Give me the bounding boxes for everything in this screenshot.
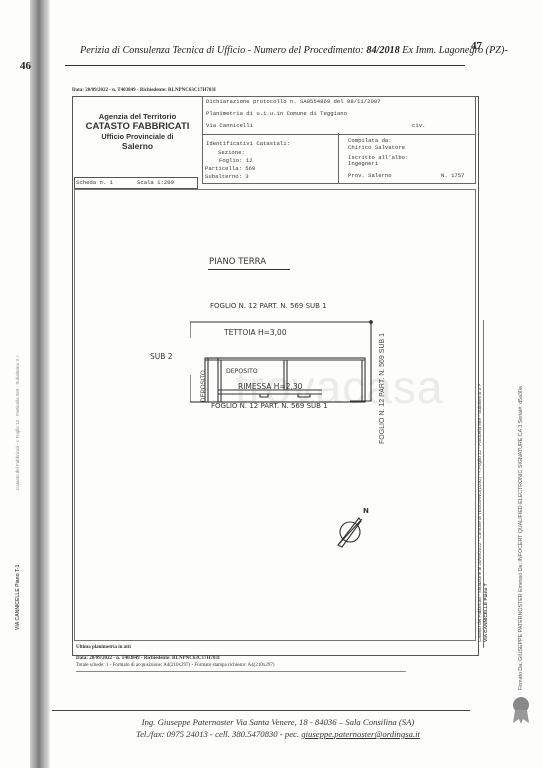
agency-line1: Agenzia del Territorio	[85, 112, 190, 121]
compilata-name: Chirico Salvatore	[348, 144, 405, 151]
footer-line1: Ing. Giuseppe Paternoster Via Santa Vene…	[118, 716, 438, 728]
right-stamp-rule	[483, 320, 484, 648]
albo-value: Ingegneri	[348, 160, 378, 167]
top-boundary-label: FOGLIO N. 12 PART. N. 569 SUB 1	[210, 302, 327, 310]
sub2-label: SUB 2	[150, 352, 173, 361]
header-rule	[65, 65, 465, 66]
foglio: Foglio: 12	[219, 157, 253, 164]
agency-line2: CATASTO FABBRICATI	[85, 121, 190, 132]
bottom-stamp-format: Totale schede: 1 - Formato di acquisizio…	[76, 663, 275, 668]
scan-binding-shadow	[30, 0, 46, 768]
floor-title-underline	[208, 269, 290, 270]
room-deposito: DEPOSITO	[226, 368, 258, 375]
compilata-label: Compilata da:	[348, 137, 392, 144]
subalterno: Subalterno: 3	[205, 173, 249, 180]
procedure-number: 84/2018	[366, 45, 399, 56]
room-tettoia: TETTOIA H=3,00	[224, 328, 287, 337]
digital-signature-text: Firmato Da: GIUSEPPE PATERNOSTER Emesso …	[518, 386, 524, 690]
right-address-stamp: VIA CANNICELLE Piano T	[484, 583, 489, 642]
bottom-stamp-date: Data: 20/09/2022 - n. T403849 - Richiede…	[76, 656, 220, 661]
header-prefix: Perizia di Consulenza Tecnica di Ufficio…	[80, 45, 366, 56]
identifiers-divider	[338, 133, 339, 183]
footer-line2: Tel./fax: 0975 24013 - cell. 380.5470830…	[118, 728, 438, 740]
bottom-boundary-label: FOGLIO N. 12 PART. N. 569 SUB 1	[211, 402, 328, 410]
scan-binding-edge	[46, 0, 50, 768]
room-deposito-left: DEPOSITO	[200, 370, 207, 402]
footer: Ing. Giuseppe Paternoster Via Santa Vene…	[118, 716, 438, 740]
agency-block: Agenzia del Territorio CATASTO FABBRICAT…	[85, 102, 190, 151]
floor-title: PIANO TERRA	[209, 257, 266, 267]
particella: Particella: 569	[205, 165, 255, 172]
province: Prov. Salerno	[348, 172, 392, 179]
albo-number: N. 1757	[441, 172, 465, 179]
drawing-frame	[74, 189, 476, 641]
catasto-top-stamp: Data: 20/09/2022 - n. T403849 - Richiede…	[72, 88, 216, 93]
header-suffix: Ex Imm. Lagonegro (PZ)-	[400, 45, 508, 56]
left-faded-stamp: Catasto dei Fabbricati - < Foglio 12 - P…	[15, 355, 20, 490]
signature-seal-icon	[510, 695, 532, 725]
declaration-text: Dichiarazione protocollo n. SA0554869 de…	[206, 98, 381, 105]
document-header: Perizia di Consulenza Tecnica di Ufficio…	[80, 45, 470, 56]
right-catasto-stamp: Catasto dei Fabbricati - Situazione al 2…	[477, 384, 482, 642]
left-page-number: 46	[20, 60, 31, 72]
identifiers-title: Identificativi Catastali:	[206, 140, 290, 147]
north-label: N	[363, 507, 369, 515]
last-planimetry-label: Ultima planimetria in atti	[76, 645, 131, 650]
footer-rule	[52, 710, 470, 711]
right-boundary-label: FOGLIO N. 12 PART. N. 569 SUB 1	[379, 333, 386, 444]
floor-plan	[190, 310, 390, 410]
footer-contacts: Tel./fax: 0975 24013 - cell. 380.5470830…	[136, 729, 301, 739]
civ-label: civ.	[412, 122, 425, 129]
sezione: Sezione:	[218, 149, 245, 156]
planimetry-text: Planimetria di u.i.u.in Comune di Teggia…	[206, 110, 347, 117]
footer-email-link[interactable]: giuseppe.paternoster@ordingsa.it	[301, 729, 420, 739]
bottom-stamp-rule	[76, 671, 406, 672]
agency-line4: Salerno	[85, 141, 190, 151]
left-address-stamp: VIA CANNICELLE Piano T-1	[15, 565, 21, 630]
agency-line3: Ufficio Provinciale di	[85, 132, 190, 141]
room-rimessa: RIMESSA H=2,30	[238, 382, 302, 391]
scheda-number: Scheda n. 1	[76, 179, 113, 186]
scale: Scala 1:200	[137, 179, 174, 186]
address-text: Via Cannicelli	[206, 122, 253, 129]
